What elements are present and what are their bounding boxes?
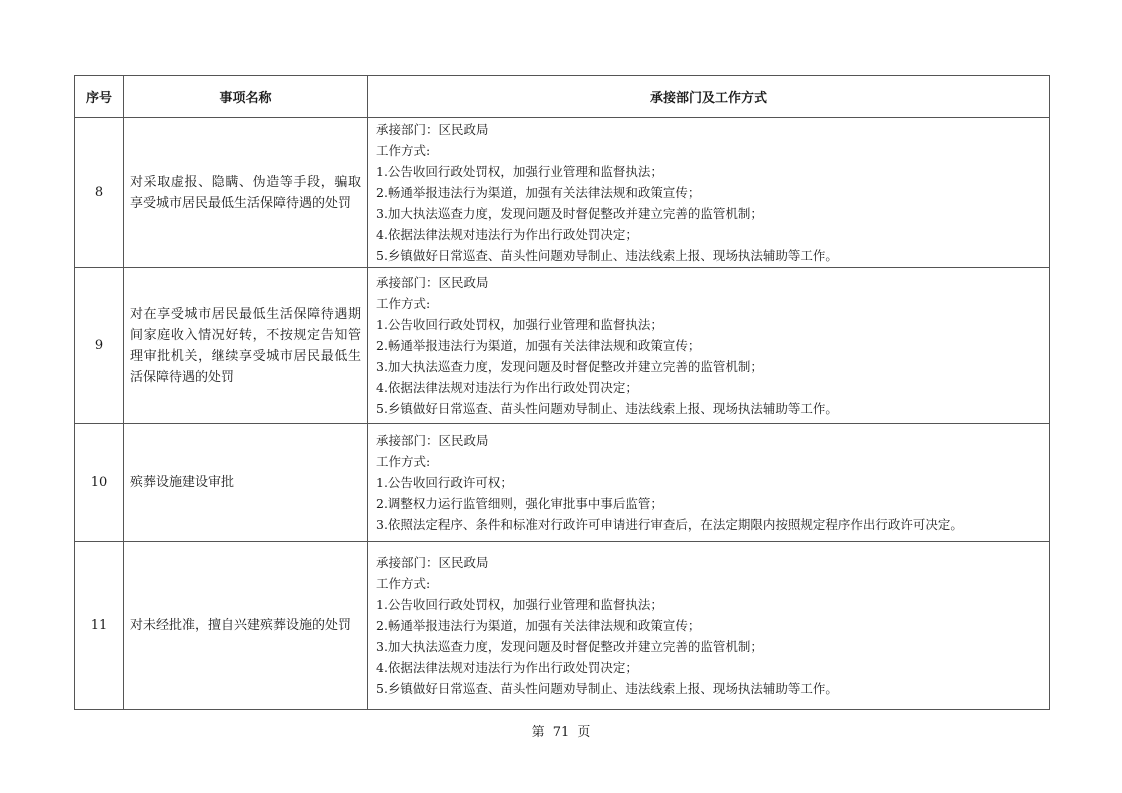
detail-line: 承接部门：区民政局: [376, 272, 1041, 293]
row-detail: 承接部门：区民政局 工作方式: 1.公告收回行政处罚权，加强行业管理和监督执法；…: [368, 268, 1050, 424]
detail-line: 5.乡镇做好日常巡查、苗头性问题劝导制止、违法线索上报、现场执法辅助等工作。: [376, 398, 1041, 419]
header-row: 序号 事项名称 承接部门及工作方式: [75, 76, 1050, 118]
detail-line: 工作方式:: [376, 451, 1041, 472]
header-serial: 序号: [75, 76, 124, 118]
detail-line: 工作方式:: [376, 293, 1041, 314]
detail-line: 承接部门：区民政局: [376, 119, 1041, 140]
detail-line: 2.调整权力运行监管细则，强化审批事中事后监管；: [376, 493, 1041, 514]
row-serial: 11: [75, 542, 124, 710]
row-item-name: 对未经批准，擅自兴建殡葬设施的处罚: [124, 542, 368, 710]
items-table: 序号 事项名称 承接部门及工作方式 8 对采取虚报、隐瞒、伪造等手段，骗取享受城…: [74, 75, 1050, 710]
detail-line: 4.依据法律法规对违法行为作出行政处罚决定；: [376, 224, 1041, 245]
header-item-name: 事项名称: [124, 76, 368, 118]
row-detail: 承接部门：区民政局 工作方式: 1.公告收回行政处罚权，加强行业管理和监督执法；…: [368, 542, 1050, 710]
detail-line: 3.加大执法巡查力度，发现问题及时督促整改并建立完善的监管机制；: [376, 636, 1041, 657]
detail-line: 4.依据法律法规对违法行为作出行政处罚决定；: [376, 657, 1041, 678]
detail-line: 1.公告收回行政处罚权，加强行业管理和监督执法；: [376, 314, 1041, 335]
table-row: 10 殡葬设施建设审批 承接部门：区民政局 工作方式: 1.公告收回行政许可权；…: [75, 424, 1050, 542]
row-detail: 承接部门：区民政局 工作方式: 1.公告收回行政许可权； 2.调整权力运行监管细…: [368, 424, 1050, 542]
detail-line: 工作方式:: [376, 573, 1041, 594]
detail-line: 5.乡镇做好日常巡查、苗头性问题劝导制止、违法线索上报、现场执法辅助等工作。: [376, 678, 1041, 699]
table-row: 11 对未经批准，擅自兴建殡葬设施的处罚 承接部门：区民政局 工作方式: 1.公…: [75, 542, 1050, 710]
detail-line: 3.依照法定程序、条件和标准对行政许可申请进行审查后，在法定期限内按照规定程序作…: [376, 514, 1041, 535]
row-item-name: 对在享受城市居民最低生活保障待遇期间家庭收入情况好转，不按规定告知管理审批机关，…: [124, 268, 368, 424]
detail-line: 2.畅通举报违法行为渠道，加强有关法律法规和政策宣传；: [376, 182, 1041, 203]
table-row: 9 对在享受城市居民最低生活保障待遇期间家庭收入情况好转，不按规定告知管理审批机…: [75, 268, 1050, 424]
detail-line: 2.畅通举报违法行为渠道，加强有关法律法规和政策宣传；: [376, 615, 1041, 636]
row-serial: 9: [75, 268, 124, 424]
detail-line: 2.畅通举报违法行为渠道，加强有关法律法规和政策宣传；: [376, 335, 1041, 356]
row-detail: 承接部门：区民政局 工作方式: 1.公告收回行政处罚权，加强行业管理和监督执法；…: [368, 118, 1050, 268]
detail-line: 1.公告收回行政许可权；: [376, 472, 1041, 493]
detail-line: 5.乡镇做好日常巡查、苗头性问题劝导制止、违法线索上报、现场执法辅助等工作。: [376, 245, 1041, 266]
table-row: 8 对采取虚报、隐瞒、伪造等手段，骗取享受城市居民最低生活保障待遇的处罚 承接部…: [75, 118, 1050, 268]
page-number: 第 71 页: [0, 721, 1122, 740]
detail-line: 工作方式:: [376, 140, 1041, 161]
detail-line: 承接部门：区民政局: [376, 552, 1041, 573]
detail-line: 承接部门：区民政局: [376, 430, 1041, 451]
row-serial: 10: [75, 424, 124, 542]
detail-line: 3.加大执法巡查力度，发现问题及时督促整改并建立完善的监管机制；: [376, 356, 1041, 377]
detail-line: 1.公告收回行政处罚权，加强行业管理和监督执法；: [376, 594, 1041, 615]
row-item-name: 对采取虚报、隐瞒、伪造等手段，骗取享受城市居民最低生活保障待遇的处罚: [124, 118, 368, 268]
detail-line: 4.依据法律法规对违法行为作出行政处罚决定；: [376, 377, 1041, 398]
row-item-name: 殡葬设施建设审批: [124, 424, 368, 542]
detail-line: 1.公告收回行政处罚权，加强行业管理和监督执法；: [376, 161, 1041, 182]
detail-line: 3.加大执法巡查力度，发现问题及时督促整改并建立完善的监管机制；: [376, 203, 1041, 224]
row-serial: 8: [75, 118, 124, 268]
header-department-method: 承接部门及工作方式: [368, 76, 1050, 118]
